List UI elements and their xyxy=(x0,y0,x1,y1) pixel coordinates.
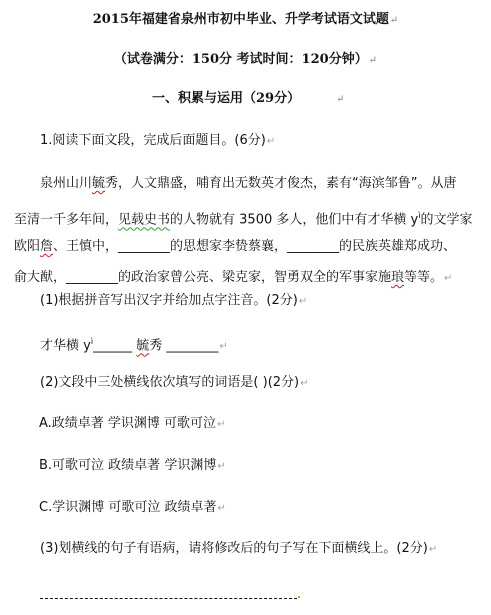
text: 等等。 xyxy=(404,270,443,285)
section-text: 一、积累与运用（29分） xyxy=(152,91,300,106)
option-b: B.可歌可泣 政绩卓著 学识渊博↵ xyxy=(39,458,226,475)
passage-line-1: 泉州山川毓秀，人文鼎盛，哺育出无数英才俊杰，素有“海滨邹鲁”。从唐 xyxy=(40,176,457,192)
text: C.学识渊博 可歌可泣 政绩卓著 xyxy=(39,500,216,515)
spellcheck-word: 毓 xyxy=(92,176,105,191)
section-heading: 一、积累与运用（29分）↵ xyxy=(152,91,344,108)
paragraph-mark-icon: ↵ xyxy=(390,15,398,26)
text: 俞大猷，________的政治家曾公亮、梁克家，智勇双全的军事家施 xyxy=(14,270,391,285)
sub-question-2-prompt: (2)文段中三处横线依次填写的词语是( )(2分)↵ xyxy=(40,375,309,392)
paragraph-mark-icon: ↵ xyxy=(217,503,225,514)
text: 秀 ________ xyxy=(149,338,218,353)
blank: ______ xyxy=(93,338,136,353)
passage-line-3: 欧阳詹、王慎中，________的思想家李贽蔡襄，________的民族英雄郑成… xyxy=(14,239,456,255)
sub-question-3-prompt: (3)划横线的句子有语病，请将修改后的句子写在下面横线上。(2分)↵ xyxy=(40,541,437,558)
paragraph-mark-icon: ↵ xyxy=(267,136,275,147)
document-title: 2015年福建省泉州市初中毕业、升学考试语文试题↵ xyxy=(0,12,491,29)
passage-line-4: 俞大猷，________的政治家曾公亮、梁克家，智勇双全的军事家施琅等等。↵ xyxy=(14,270,452,287)
text: 才华横 y xyxy=(40,338,91,353)
subtitle-text: （试卷满分：150分 考试时间：120分钟） xyxy=(114,52,368,67)
option-a: A.政绩卓著 学识渊博 可歌可泣↵ xyxy=(39,416,225,433)
paragraph-mark-icon: ↵ xyxy=(299,296,307,307)
question-1-prompt: 1.阅读下面文段，完成后面题目。(6分)↵ xyxy=(40,133,275,150)
text: 、王慎中，________的思想家李贽蔡襄，________的民族英雄郑成功、 xyxy=(53,239,456,254)
cursor-mark xyxy=(298,596,300,598)
text: B.可歌可泣 政绩卓著 学识渊博 xyxy=(39,458,216,473)
text: (3)划横线的句子有语病，请将修改后的句子写在下面横线上。(2分) xyxy=(40,541,428,556)
paragraph-mark-icon: ↵ xyxy=(219,341,227,352)
answer-underline xyxy=(40,598,297,599)
paragraph-mark-icon: ↵ xyxy=(429,544,437,555)
spellcheck-word: 琅 xyxy=(391,270,404,285)
grammar-check-phrase: 见载史书 xyxy=(118,212,170,227)
paragraph-mark-icon: ↵ xyxy=(336,94,344,105)
sub-question-1-answer: 才华横 yì______ 毓秀 ________↵ xyxy=(40,334,228,355)
text: 至清一千多年间， xyxy=(14,212,118,227)
sub-question-1-prompt: (1)根据拼音写出汉字并给加点字注音。(2分)↵ xyxy=(40,293,307,310)
text: 欧阳 xyxy=(14,239,40,254)
spellcheck-word: 毓 xyxy=(136,338,149,353)
text: 泉州山川 xyxy=(40,176,92,191)
title-text: 2015年福建省泉州市初中毕业、升学考试语文试题 xyxy=(93,12,389,27)
paragraph-mark-icon: ↵ xyxy=(300,378,308,389)
option-c: C.学识渊博 可歌可泣 政绩卓著↵ xyxy=(39,500,226,517)
paragraph-mark-icon: ↵ xyxy=(369,55,377,66)
text: 秀，人文鼎盛，哺育出无数英才俊杰，素有“海滨邹鲁”。从唐 xyxy=(105,176,456,191)
q1-text: 1.阅读下面文段，完成后面题目。(6分) xyxy=(40,133,266,148)
passage-line-2: 至清一千多年间，见载史书的人物就有 3500 多人，他们中有才华横 yì的文学家 xyxy=(14,208,472,228)
text: 的人物就有 3500 多人，他们中有才华横 y xyxy=(170,212,418,227)
paragraph-mark-icon: ↵ xyxy=(444,273,452,284)
paragraph-mark-icon: ↵ xyxy=(217,461,225,472)
text: (1)根据拼音写出汉字并给加点字注音。(2分) xyxy=(40,293,298,308)
text: (2)文段中三处横线依次填写的词语是( )(2分) xyxy=(40,375,299,390)
exam-info: （试卷满分：150分 考试时间：120分钟）↵ xyxy=(0,52,491,69)
spellcheck-word: 詹 xyxy=(40,239,53,254)
text: A.政绩卓著 学识渊博 可歌可泣 xyxy=(39,416,216,431)
paragraph-mark-icon: ↵ xyxy=(217,419,225,430)
text: 的文学家 xyxy=(420,212,472,227)
